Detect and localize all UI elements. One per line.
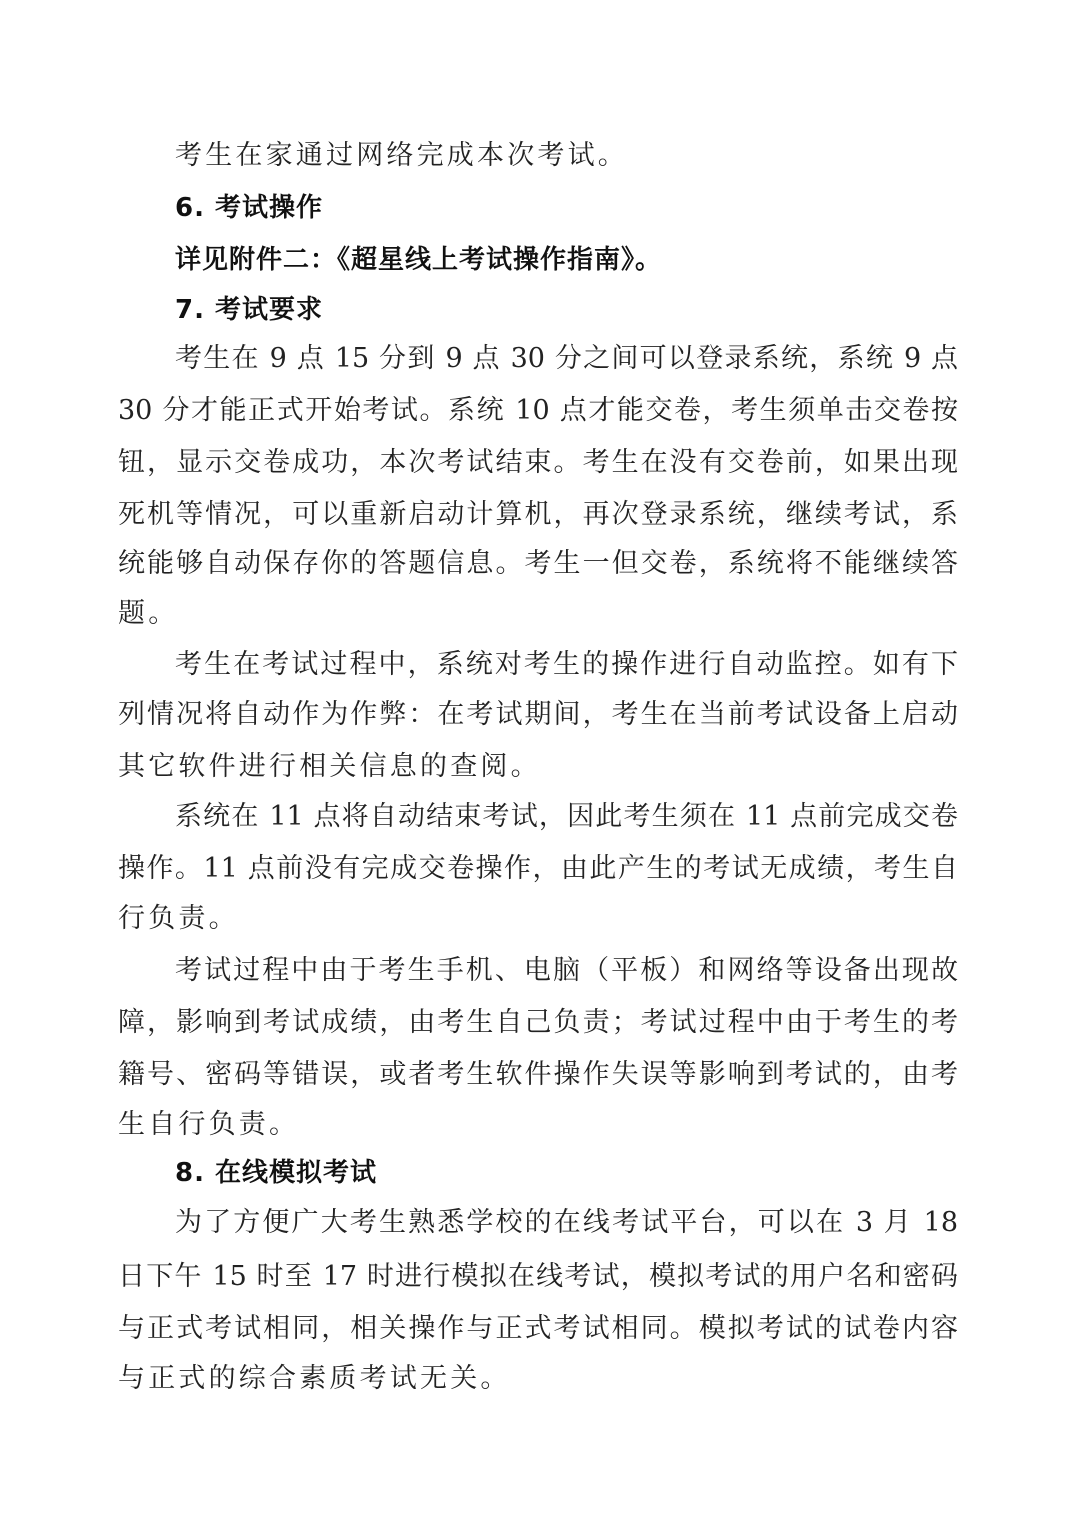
- paragraph-line: 30 分才能正式开始考试。系统 10 点才能交卷，考生须单击交卷按: [118, 391, 958, 431]
- paragraph-line: 题。: [118, 594, 958, 634]
- paragraph-line: 系统在 11 点将自动结束考试，因此考生须在 11 点前完成交卷: [175, 797, 958, 837]
- paragraph-line: 生自行负责。: [118, 1105, 958, 1145]
- section-heading-6: 6. 考试操作: [175, 188, 958, 228]
- paragraph-continuation: 考生在家通过网络完成本次考试。: [175, 136, 958, 176]
- paragraph-line: 障，影响到考试成绩，由考生自己负责；考试过程中由于考生的考: [118, 1003, 958, 1043]
- paragraph-line: 其它软件进行相关信息的查阅。: [118, 747, 958, 787]
- section-heading-7: 7. 考试要求: [175, 290, 958, 330]
- attachment-reference: 详见附件二：《超星线上考试操作指南》。: [175, 240, 958, 280]
- paragraph-line: 日下午 15 时至 17 时进行模拟在线考试，模拟考试的用户名和密码: [118, 1257, 958, 1297]
- paragraph-line: 考生在 9 点 15 分到 9 点 30 分之间可以登录系统，系统 9 点: [175, 339, 958, 379]
- document-page: 考生在家通过网络完成本次考试。 6. 考试操作 详见附件二：《超星线上考试操作指…: [0, 0, 1080, 1527]
- paragraph-line: 钮，显示交卷成功，本次考试结束。考生在没有交卷前，如果出现: [118, 443, 958, 483]
- section-heading-8: 8. 在线模拟考试: [175, 1153, 958, 1193]
- paragraph-line: 统能够自动保存你的答题信息。考生一但交卷，系统将不能继续答: [118, 544, 958, 584]
- paragraph-line: 为了方便广大考生熟悉学校的在线考试平台，可以在 3 月 18: [175, 1203, 958, 1243]
- paragraph-line: 与正式考试相同，相关操作与正式考试相同。模拟考试的试卷内容: [118, 1309, 958, 1349]
- paragraph-line: 操作。11 点前没有完成交卷操作，由此产生的考试无成绩，考生自: [118, 849, 958, 889]
- paragraph-line: 考试过程中由于考生手机、电脑（平板）和网络等设备出现故: [175, 951, 958, 991]
- paragraph-line: 死机等情况，可以重新启动计算机，再次登录系统，继续考试，系: [118, 495, 958, 535]
- paragraph-line: 考生在考试过程中，系统对考生的操作进行自动监控。如有下: [175, 645, 958, 685]
- paragraph-line: 列情况将自动作为作弊：在考试期间，考生在当前考试设备上启动: [118, 695, 958, 735]
- paragraph-line: 与正式的综合素质考试无关。: [118, 1359, 958, 1399]
- paragraph-line: 籍号、密码等错误，或者考生软件操作失误等影响到考试的，由考: [118, 1055, 958, 1095]
- paragraph-line: 行负责。: [118, 899, 958, 939]
